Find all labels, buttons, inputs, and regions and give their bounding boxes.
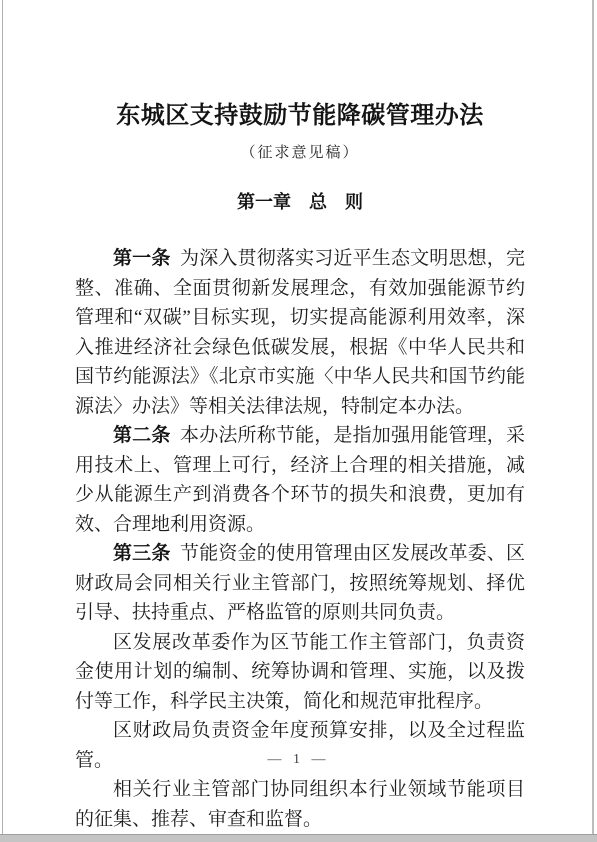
paragraph-sub-1-text: 区发展改革委作为区节能工作主管部门，负责资金使用计划的编制、统筹协调和管理、实施… [75, 632, 525, 712]
page-bottom-edge-strip [0, 834, 597, 842]
document-page: 东城区支持鼓励节能降碳管理办法 （征求意见稿） 第一章 总 则 第一条为深入贯彻… [0, 0, 597, 842]
article-2-number: 第二条 [113, 425, 171, 446]
document-body: 第一条为深入贯彻落实习近平生态文明思想，完整、准确、全面贯彻新发展理念，有效加强… [75, 244, 525, 834]
paragraph-article-3: 第三条节能资金的使用管理由区发展改革委、区财政局会同相关行业主管部门，按照统筹规… [75, 539, 525, 628]
paragraph-article-3-sub-3: 相关行业主管部门协同组织本行业领域节能项目的征集、推荐、审查和监督。 [75, 775, 525, 834]
page-right-edge-line [592, 0, 594, 842]
chapter-heading: 第一章 总 则 [75, 190, 525, 214]
article-1-number: 第一条 [113, 248, 171, 269]
document-content: 东城区支持鼓励节能降碳管理办法 （征求意见稿） 第一章 总 则 第一条为深入贯彻… [75, 0, 525, 834]
article-3-number: 第三条 [113, 543, 171, 564]
paragraph-article-2: 第二条本办法所称节能，是指加强用能管理，采用技术上、管理上可行，经济上合理的相关… [75, 421, 525, 539]
page-number: — 1 — [0, 752, 597, 768]
article-1-text: 为深入贯彻落实习近平生态文明思想，完整、准确、全面贯彻新发展理念，有效加强能源节… [75, 248, 525, 417]
document-title: 东城区支持鼓励节能降碳管理办法 [75, 101, 525, 131]
document-subtitle-draft-note: （征求意见稿） [75, 143, 525, 163]
paragraph-article-1: 第一条为深入贯彻落实习近平生态文明思想，完整、准确、全面贯彻新发展理念，有效加强… [75, 244, 525, 421]
paragraph-article-3-sub-1: 区发展改革委作为区节能工作主管部门，负责资金使用计划的编制、统筹协调和管理、实施… [75, 628, 525, 717]
paragraph-sub-3-text: 相关行业主管部门协同组织本行业领域节能项目的征集、推荐、审查和监督。 [75, 779, 525, 830]
page-left-edge-line [2, 0, 3, 842]
